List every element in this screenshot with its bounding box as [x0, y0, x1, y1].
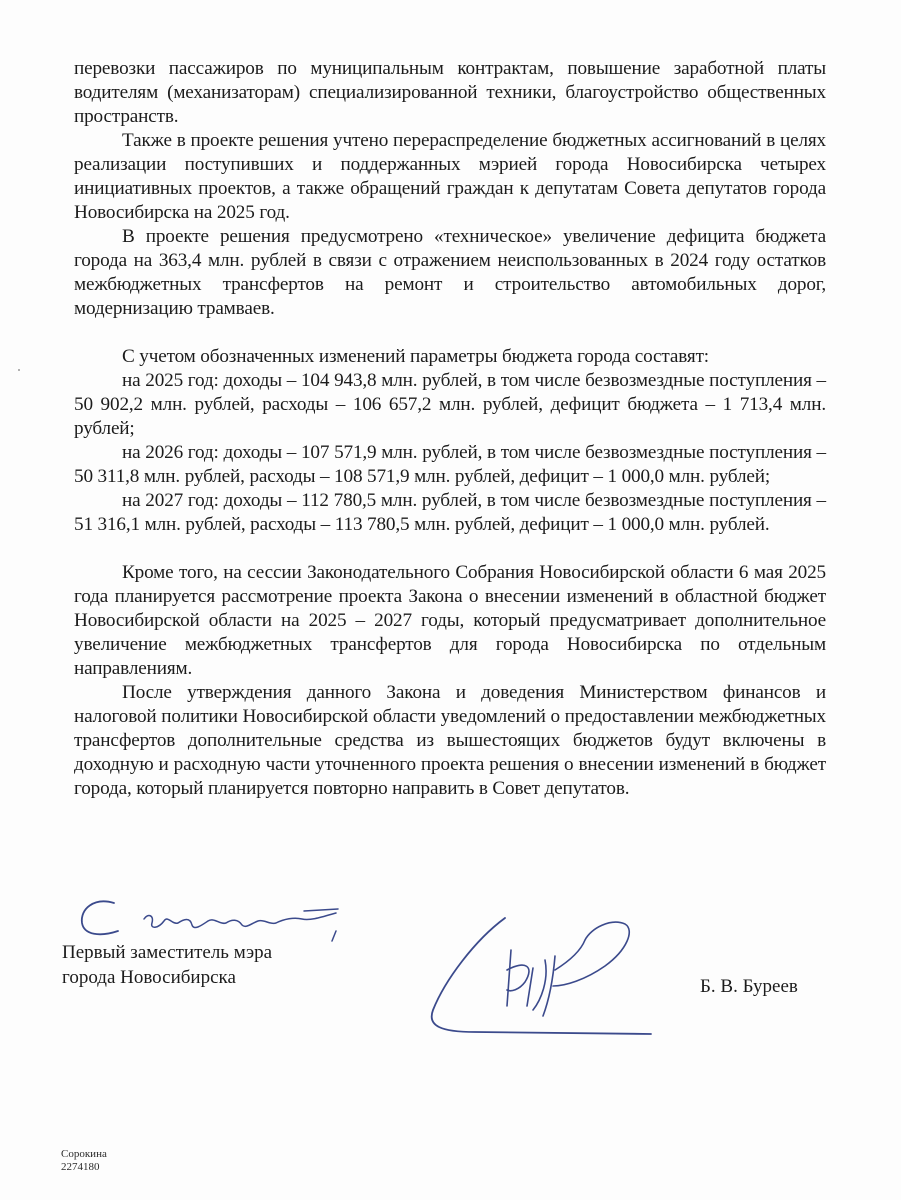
signer-title-line2: города Новосибирска — [62, 965, 272, 990]
scan-artifact — [18, 369, 20, 371]
document-page: перевозки пассажиров по муниципальным ко… — [0, 0, 901, 1200]
budget-intro: С учетом обозначенных изменений параметр… — [74, 345, 826, 369]
paragraph-regional-law: Кроме того, на сессии Законодательного С… — [74, 561, 826, 681]
paragraph-technical-deficit: В проекте решения предусмотрено «техниче… — [74, 225, 826, 321]
signer-title: Первый заместитель мэра города Новосибир… — [62, 940, 272, 990]
paragraph-after-approval: После утверждения данного Закона и довед… — [74, 681, 826, 801]
letter-body-top: перевозки пассажиров по муниципальным ко… — [74, 57, 826, 801]
paragraph-initiative-projects: Также в проекте решения учтено перераспр… — [74, 129, 826, 225]
signer-name: Б. В. Буреев — [700, 976, 798, 998]
executor-name: Сорокина — [61, 1148, 107, 1161]
paragraph-transport-continuation: перевозки пассажиров по муниципальным ко… — [74, 57, 826, 129]
budget-2026: на 2026 год: доходы – 107 571,9 млн. руб… — [74, 441, 826, 489]
budget-2027: на 2027 год: доходы – 112 780,5 млн. руб… — [74, 489, 826, 537]
signature-icon — [415, 910, 675, 1040]
budget-parameters: С учетом обозначенных изменений параметр… — [74, 345, 826, 537]
budget-2025: на 2025 год: доходы – 104 943,8 млн. руб… — [74, 369, 826, 441]
signer-title-line1: Первый заместитель мэра — [62, 940, 272, 965]
executor-phone: 2274180 — [61, 1161, 107, 1174]
executor-info: Сорокина 2274180 — [61, 1148, 107, 1174]
